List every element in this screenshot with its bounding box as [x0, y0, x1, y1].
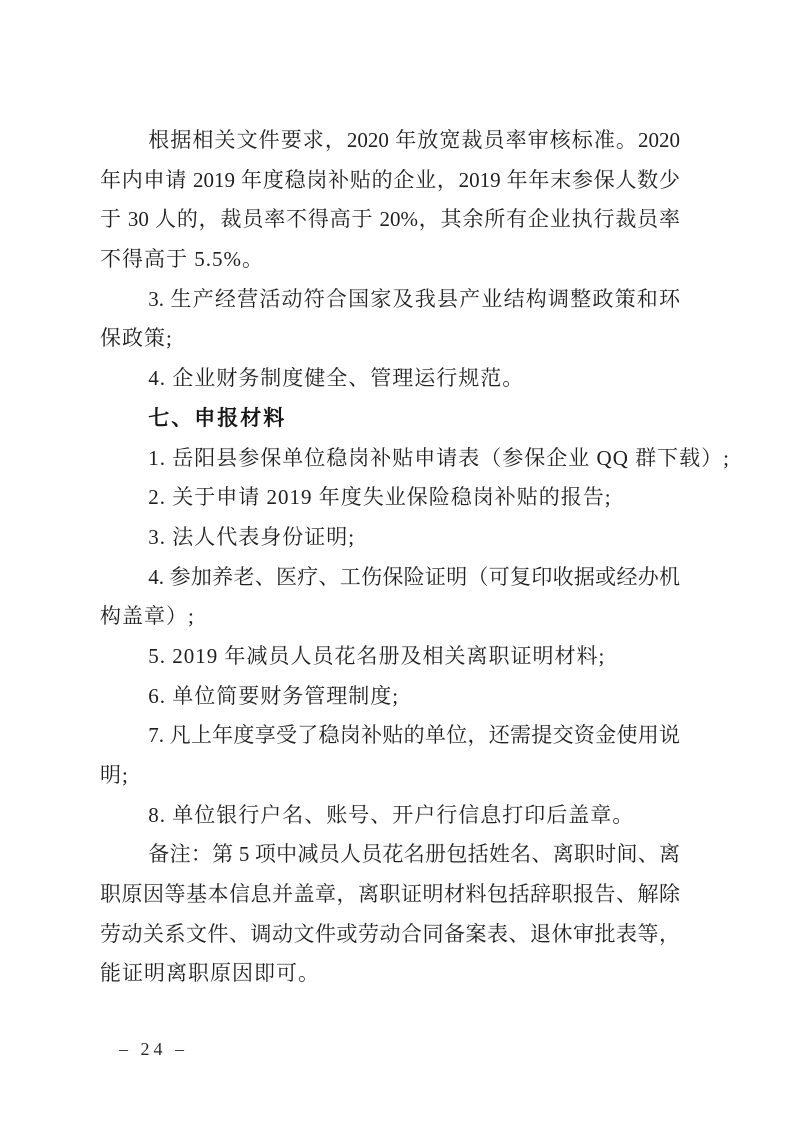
text-line: 2. 关于申请 2019 年度失业保险稳岗补贴的报告;: [100, 478, 680, 518]
text-line: 6. 单位简要财务管理制度;: [100, 677, 680, 717]
text-line: 3. 生产经营活动符合国家及我县产业结构调整政策和环: [100, 280, 680, 320]
text-line: 年内申请 2019 年度稳岗补贴的企业，2019 年年末参保人数少: [100, 161, 680, 201]
text-line: 8. 单位银行户名、账号、开户行信息打印后盖章。: [100, 796, 680, 836]
document-page: 根据相关文件要求，2020 年放宽裁员率审核标准。2020 年内申请 2019 …: [0, 0, 793, 1121]
text-line: 3. 法人代表身份证明;: [100, 518, 680, 558]
text-line: 不得高于 5.5%。: [100, 240, 680, 280]
text-line: 备注：第 5 项中减员人员花名册包括姓名、离职时间、离: [100, 835, 680, 875]
text-line: 4. 企业财务制度健全、管理运行规范。: [100, 359, 680, 399]
section-heading: 七、申报材料: [100, 399, 680, 439]
text-line: 构盖章）;: [100, 597, 680, 637]
text-line: 劳动关系文件、调动文件或劳动合同备案表、退休审批表等，: [100, 915, 680, 955]
text-line: 保政策;: [100, 319, 680, 359]
text-line: 1. 岳阳县参保单位稳岗补贴申请表（参保企业 QQ 群下载）;: [100, 439, 680, 479]
text-line: 能证明离职原因即可。: [100, 954, 680, 994]
text-line: 7. 凡上年度享受了稳岗补贴的单位，还需提交资金使用说: [100, 716, 680, 756]
page-number: – 24 –: [119, 1036, 188, 1062]
text-line: 明;: [100, 756, 680, 796]
text-line: 职原因等基本信息并盖章，离职证明材料包括辞职报告、解除: [100, 875, 680, 915]
text-line: 5. 2019 年减员人员花名册及相关离职证明材料;: [100, 637, 680, 677]
text-line: 于 30 人的，裁员率不得高于 20%，其余所有企业执行裁员率: [100, 200, 680, 240]
document-body: 根据相关文件要求，2020 年放宽裁员率审核标准。2020 年内申请 2019 …: [100, 121, 680, 994]
text-line: 根据相关文件要求，2020 年放宽裁员率审核标准。2020: [100, 121, 680, 161]
text-line: 4. 参加养老、医疗、工伤保险证明（可复印收据或经办机: [100, 558, 680, 598]
